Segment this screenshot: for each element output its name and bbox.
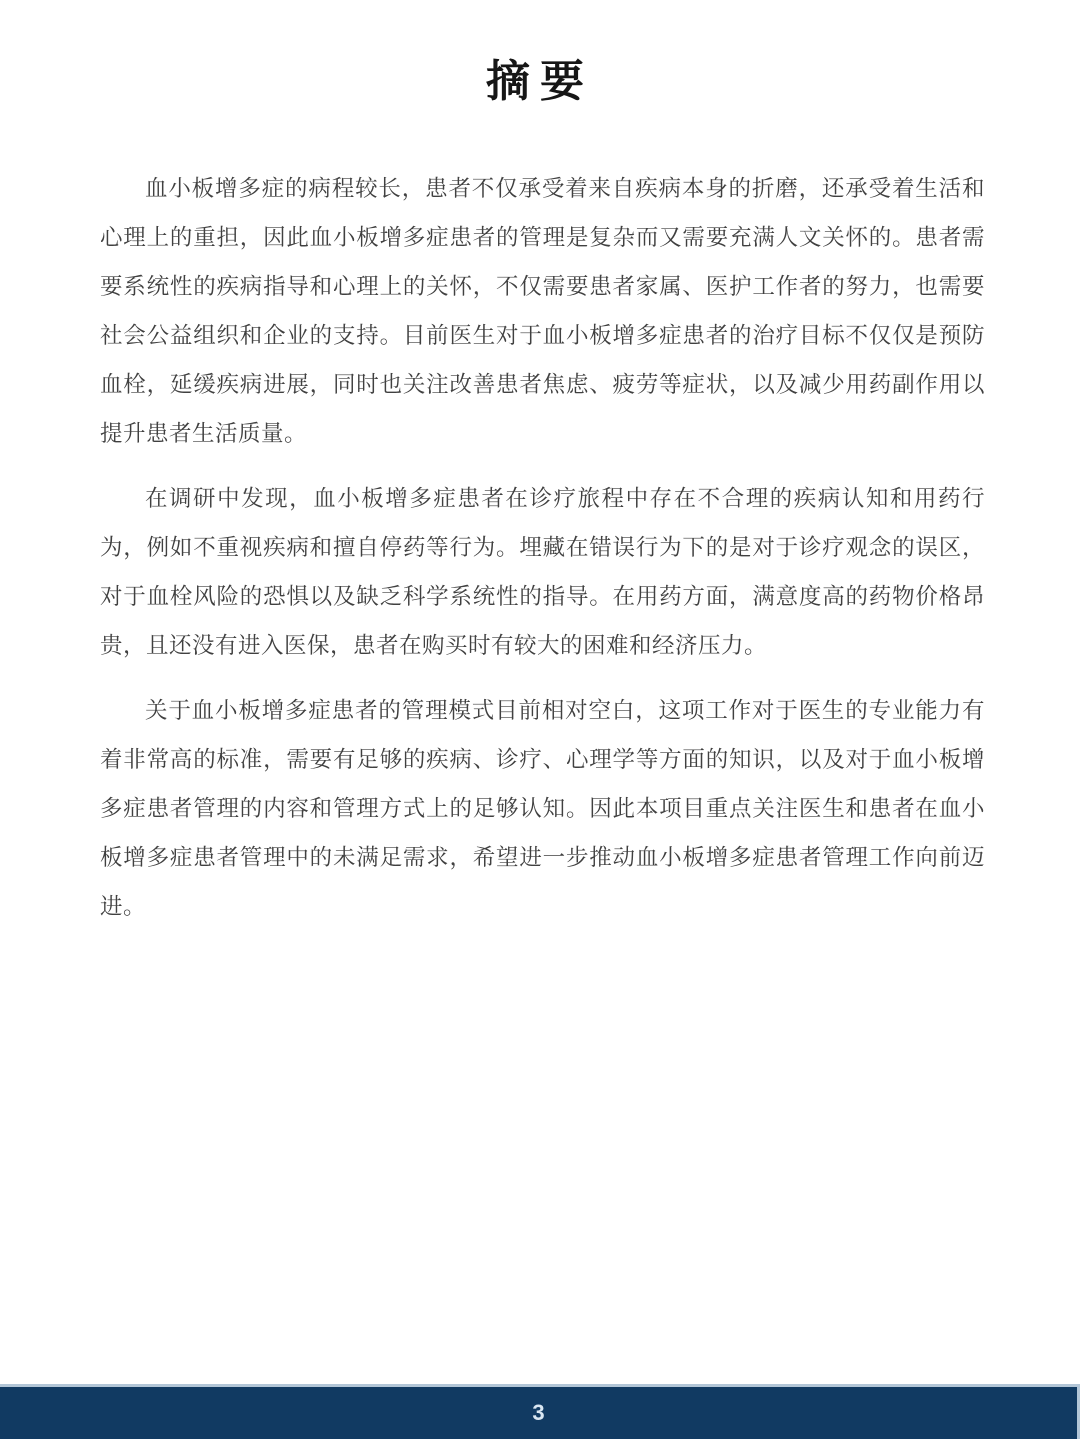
abstract-body: 血小板增多症的病程较长，患者不仅承受着来自疾病本身的折磨，还承受着生活和心理上的…	[0, 106, 1080, 931]
abstract-paragraph-3: 关于血小板增多症患者的管理模式目前相对空白，这项工作对于医生的专业能力有着非常高…	[100, 686, 985, 931]
page-title: 摘要	[0, 58, 1080, 106]
page-number: 3	[532, 1400, 544, 1426]
abstract-paragraph-1: 血小板增多症的病程较长，患者不仅承受着来自疾病本身的折磨，还承受着生活和心理上的…	[100, 164, 985, 458]
document-page: 摘要 血小板增多症的病程较长，患者不仅承受着来自疾病本身的折磨，还承受着生活和心…	[0, 0, 1080, 1439]
page-footer: 3	[0, 1384, 1080, 1439]
abstract-paragraph-2: 在调研中发现，血小板增多症患者在诊疗旅程中存在不合理的疾病认知和用药行为，例如不…	[100, 474, 985, 670]
